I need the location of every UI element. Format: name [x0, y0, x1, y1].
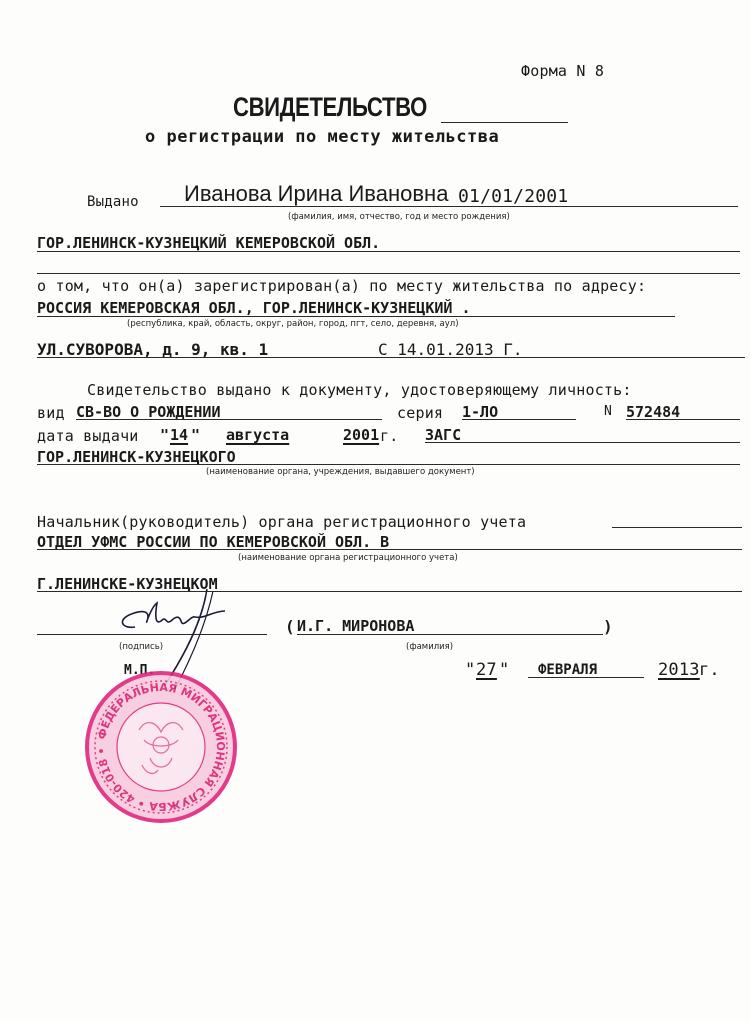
issuer-hint: (наименование органа, учреждения, выдавш…: [206, 467, 475, 477]
issue-month: августа: [226, 426, 289, 444]
date-month-line: [528, 677, 644, 678]
birth-place: ГОР.ЛЕНИНСК-КУЗНЕЦКИЙ КЕМЕРОВСКОЙ ОБЛ.: [37, 234, 380, 252]
extra-line: [37, 273, 740, 274]
doc-type-line: [76, 419, 382, 420]
date-suffix: г.: [699, 660, 720, 680]
issued-label: Выдано: [87, 194, 139, 210]
series-label: серия: [397, 404, 443, 422]
surname: И.Г. МИРОНОВА: [297, 617, 414, 635]
date-month: ФЕВРАЛЯ: [538, 662, 597, 678]
surname-hint: (фамилия): [406, 642, 453, 652]
issue-year-suffix: г.: [380, 427, 398, 445]
surname-close-paren: ): [603, 617, 613, 636]
address-hint: (республика, край, область, округ, район…: [127, 319, 459, 329]
issuer-line2-rule: [37, 464, 740, 465]
issue-date-label: дата выдачи: [37, 427, 139, 445]
issuer-line1-rule: [425, 442, 740, 443]
issue-day-open-quote: ": [160, 426, 169, 444]
birth-date: 01/01/2001: [458, 186, 568, 207]
document-subtitle: о регистрации по месту жительства: [145, 127, 499, 147]
official-stamp-icon: ФЕДЕРАЛЬНАЯ МИГРАЦИОННАЯ СЛУЖБА • 420-01…: [84, 670, 238, 824]
doc-type-label: вид: [37, 404, 65, 422]
issued-line: [160, 206, 738, 207]
title-number-line: [441, 122, 568, 123]
signature-hint: (подпись): [119, 642, 163, 652]
issue-day-close-quote: ": [191, 426, 200, 444]
series-line: [462, 419, 576, 420]
region-line: [37, 316, 675, 317]
surname-line: [297, 634, 603, 635]
address-region: РОССИЯ КЕМЕРОВСКАЯ ОБЛ., ГОР.ЛЕНИНСК-КУЗ…: [37, 299, 470, 317]
authority-hint: (наименование органа регистрационного уч…: [238, 553, 458, 563]
surname-open-paren: (: [285, 617, 295, 636]
date-year: 2013: [658, 660, 700, 680]
issued-hint: (фамилия, имя, отчество, год и место рож…: [288, 212, 510, 222]
full-name: Иванова Ирина Ивановна: [184, 181, 448, 207]
birth-place-line: [37, 251, 740, 252]
head-label: Начальник(руководитель) органа регистрац…: [37, 513, 526, 531]
identity-intro: Свидетельство выдано к документу, удосто…: [87, 381, 632, 399]
address-intro: о том, что он(а) зарегистрирован(а) по м…: [37, 277, 646, 295]
street-line: [37, 357, 745, 358]
issue-year: 2001: [343, 426, 379, 444]
head-line: [612, 527, 742, 528]
date-close-quote: ": [499, 660, 509, 680]
date-day: 27: [476, 660, 497, 680]
authority-line1-rule: [37, 549, 742, 550]
document-title: СВИДЕТЕЛЬСТВО: [233, 92, 427, 123]
number-label: N: [604, 404, 612, 419]
number-line: [626, 419, 740, 420]
form-number: Форма N 8: [521, 62, 604, 80]
issue-day: 14: [170, 426, 188, 444]
date-open-quote: ": [465, 660, 475, 680]
